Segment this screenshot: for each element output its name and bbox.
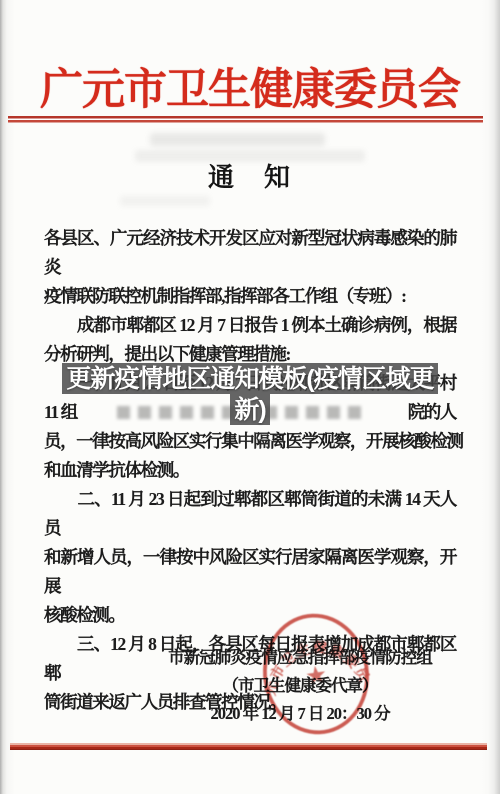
body-fragment-right: 离医学观察，开展核酸检测 (269, 427, 462, 456)
body-line: 疫情联防联控机制指挥部,指挥部各工作组（专班）: (44, 282, 456, 311)
notice-title: 通 知 (0, 157, 500, 194)
header-double-rule (8, 116, 483, 124)
issuing-unit: 市新冠肺炎疫情应急指挥部疫情防控组 (140, 644, 460, 672)
caption-line-1: 更新疫情地区通知模板(疫情区域更 (62, 363, 437, 394)
caption-overlay: 更新疫情地区通知模板(疫情区域更 新) (40, 363, 460, 425)
caption-line-2: 新) (230, 394, 269, 425)
footer-red-rule (10, 743, 487, 750)
issue-datetime: 2020 年 12 月 7 日 20：30 分 (140, 700, 460, 728)
signature-block: 市新冠肺炎疫情应急指挥部疫情防控组 （市卫生健康委代章） 2020 年 12 月… (140, 644, 460, 728)
body-fragment-left: 员，一律按高风险区实行集 (44, 427, 237, 456)
obscured-text-fragment: 中隔 (237, 427, 269, 456)
body-line: 和血清学抗体检测。 (44, 456, 456, 485)
body-line: 二、11 月 23 日起到过郫都区郫筒街道的未满 14 天人员 (44, 485, 456, 543)
seal-note: （市卫生健康委代章） (140, 672, 460, 700)
org-title: 广元市卫生健康委员会 (0, 56, 500, 117)
body-line: 核酸检测。 (44, 601, 456, 630)
scan-ghost-smudge (120, 196, 210, 206)
body-line: 和新增人员，一律按中风险区实行居家隔离医学观察，开展 (44, 543, 456, 601)
body-line: 各县区、广元经济技术开发区应对新型冠状病毒感染的肺炎 (44, 224, 456, 282)
scanned-notice-document: 广元市卫生健康委员会 通 知 各县区、广元经济技术开发区应对新型冠状病毒感染的肺… (0, 0, 500, 794)
body-line-partially-obscured: 员，一律按高风险区实行集 中隔 离医学观察，开展核酸检测 (44, 427, 456, 456)
scan-ghost-smudge (150, 133, 325, 146)
body-line: 成都市郫都区 12 月 7 日报告 1 例本土确诊病例，根据 (44, 311, 456, 340)
